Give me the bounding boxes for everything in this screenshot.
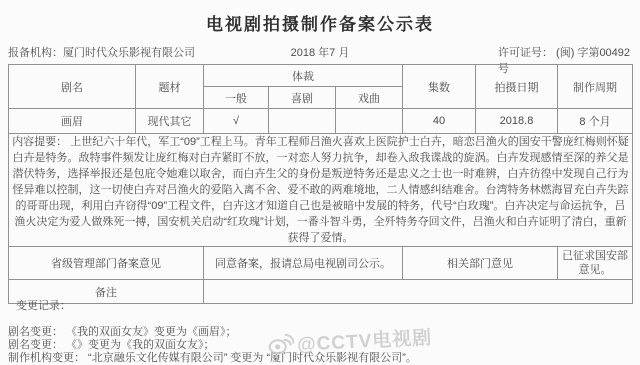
change-log-item: 剧名变更： 《我的双面女友》变更为《画眉》； [8, 326, 417, 339]
cell-episodes: 40 [403, 109, 476, 134]
header-genre-opera: 戏曲 [336, 87, 403, 109]
synopsis-cell: 内容提要： 上世纪六十年代，军工“09”工程上马。青年工程师吕渔火喜欢上医院护士… [9, 134, 633, 247]
header-episodes: 集数 [403, 65, 476, 109]
header-genre-general: 一般 [204, 87, 269, 109]
page-title: 电视剧拍摄制作备案公示表 [0, 10, 640, 35]
change-log: 变更记录： 剧名变更： 《我的双面女友》变更为《画眉》； 剧名变更： 《》变更为… [8, 297, 417, 365]
cell-drama-name: 画眉 [9, 109, 136, 134]
header-genre: 体裁 [204, 65, 403, 87]
related-dept-opinion-value: 已征求国安部意见。 [558, 247, 633, 280]
change-log-list: 剧名变更： 《我的双面女友》变更为《画眉》； 剧名变更： 《》变更为《我的双面女… [8, 326, 417, 365]
cell-production-cycle: 8 个月 [558, 109, 633, 134]
header-shoot-date: 拍摄日期 [476, 65, 558, 109]
cell-genre-general-check: √ [204, 109, 269, 134]
filing-form-page: 电视剧拍摄制作备案公示表 报备机构：厦门时代众乐影视有限公司 2018 年7 月… [0, 0, 640, 365]
header-subject: 题材 [136, 65, 204, 109]
provincial-opinion-label: 省级管理部门备案意见 [9, 247, 204, 280]
header-production-cycle: 制作周期 [558, 65, 633, 109]
related-dept-label: 相关部门意见 [403, 247, 558, 280]
change-log-item: 制作机构变更： “北京融乐文化传媒有限公司” 变更为 “厦门时代众乐影视有限公司… [8, 352, 417, 365]
synopsis-label: 内容提要： [12, 136, 67, 148]
provincial-opinion-value: 同意备案，报请总局电视剧司公示。 [204, 247, 403, 280]
synopsis-text: 上世纪六十年代，军工“09”工程上马。青年工程师吕渔火喜欢上医院护士白卉，暗恋吕… [13, 136, 629, 244]
cell-shoot-date: 2018.8 [476, 109, 558, 134]
cell-genre-opera [336, 109, 403, 134]
filing-table: 剧名 题材 体裁 集数 拍摄日期 制作周期 一般 喜剧 戏曲 画眉 现代其它 √… [8, 64, 633, 304]
change-log-title: 变更记录： [16, 297, 417, 313]
cell-subject: 现代其它 [136, 109, 204, 134]
header-drama-name: 剧名 [9, 65, 136, 109]
cell-genre-comedy [269, 109, 336, 134]
header-genre-comedy: 喜剧 [269, 87, 336, 109]
change-log-item: 剧名变更： 《》变更为《我的双面女友》； [8, 339, 417, 352]
